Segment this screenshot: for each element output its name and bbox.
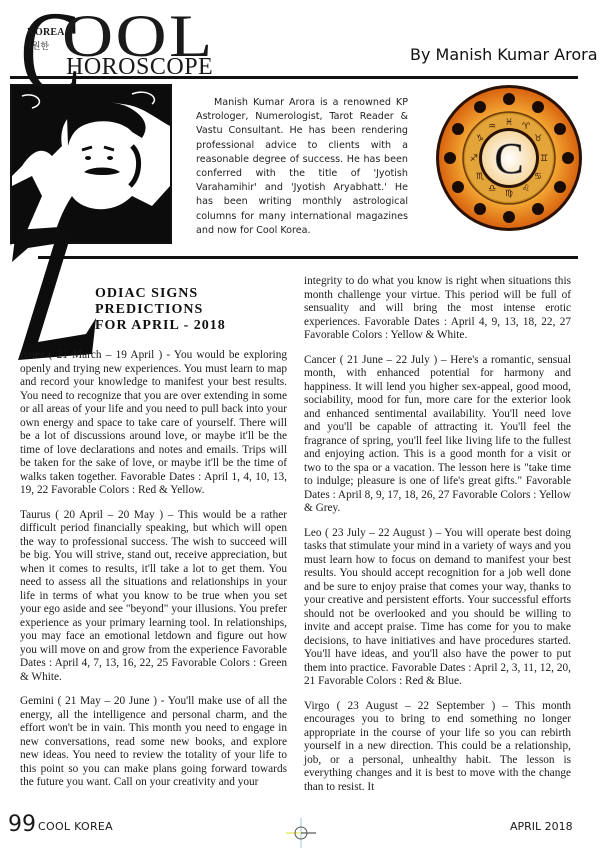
byline: By Manish Kumar Arora — [410, 45, 598, 64]
svg-text:♉: ♉ — [534, 134, 542, 144]
masthead-korean-label: 시원한 — [23, 39, 49, 52]
column-left: Aries ( 21 March – 19 April ) - You woul… — [20, 349, 287, 801]
column-right: integrity to do what you know is right w… — [304, 275, 571, 805]
issue-date: APRIL 2018 — [510, 820, 573, 833]
portrait-illustration-icon — [12, 86, 170, 242]
drop-cap-z — [8, 222, 98, 362]
svg-text:♒: ♒ — [488, 122, 496, 132]
svg-text:♍: ♍ — [505, 189, 513, 199]
sign-gemini: Gemini ( 21 May – 20 June ) - You'll mak… — [20, 695, 287, 790]
sign-gemini-continued: integrity to do what you know is right w… — [304, 275, 571, 343]
sign-cancer: Cancer ( 21 June – 22 July ) – Here's a … — [304, 354, 571, 516]
registration-mark-icon — [286, 818, 316, 848]
svg-text:♏: ♏ — [476, 172, 484, 182]
svg-text:♈: ♈ — [522, 122, 531, 132]
svg-text:C: C — [494, 134, 523, 183]
drop-cap-z-icon — [8, 222, 98, 362]
zodiac-wheel-icon: C ♓♈♉ ♊♋♌ ♍♎♏ ♐♑♒ — [434, 83, 584, 233]
svg-text:♋: ♋ — [534, 172, 542, 182]
sign-taurus: Taurus ( 20 April – 20 May ) – This woul… — [20, 509, 287, 685]
author-photo — [10, 84, 172, 244]
sign-leo: Leo ( 23 July – 22 August ) – You will o… — [304, 527, 571, 689]
svg-text:♓: ♓ — [505, 118, 513, 128]
sign-virgo: Virgo ( 23 August – 22 September ) – Thi… — [304, 700, 571, 795]
svg-text:♎: ♎ — [488, 184, 496, 194]
masthead-divider — [10, 76, 578, 79]
sign-aries: Aries ( 21 March – 19 April ) - You woul… — [20, 349, 287, 498]
svg-text:♑: ♑ — [476, 134, 484, 144]
article-heading: ODIAC SIGNS PREDICTIONS FOR APRIL - 2018 — [95, 286, 295, 334]
heading-line-2: FOR APRIL - 2018 — [95, 318, 295, 334]
zodiac-wheel-logo: C ♓♈♉ ♊♋♌ ♍♎♏ ♐♑♒ — [434, 83, 584, 233]
author-bio: Manish Kumar Arora is a renowned KP Astr… — [196, 96, 408, 238]
masthead-korea-label: KOREA — [27, 27, 65, 38]
svg-text:♊: ♊ — [540, 154, 548, 164]
svg-text:♐: ♐ — [470, 154, 478, 164]
page-number: 99 — [8, 812, 36, 837]
heading-line-1: ODIAC SIGNS PREDICTIONS — [95, 286, 295, 318]
section-divider — [38, 256, 578, 259]
svg-text:♌: ♌ — [522, 184, 530, 194]
publication-name: COOL KOREA — [38, 820, 113, 833]
